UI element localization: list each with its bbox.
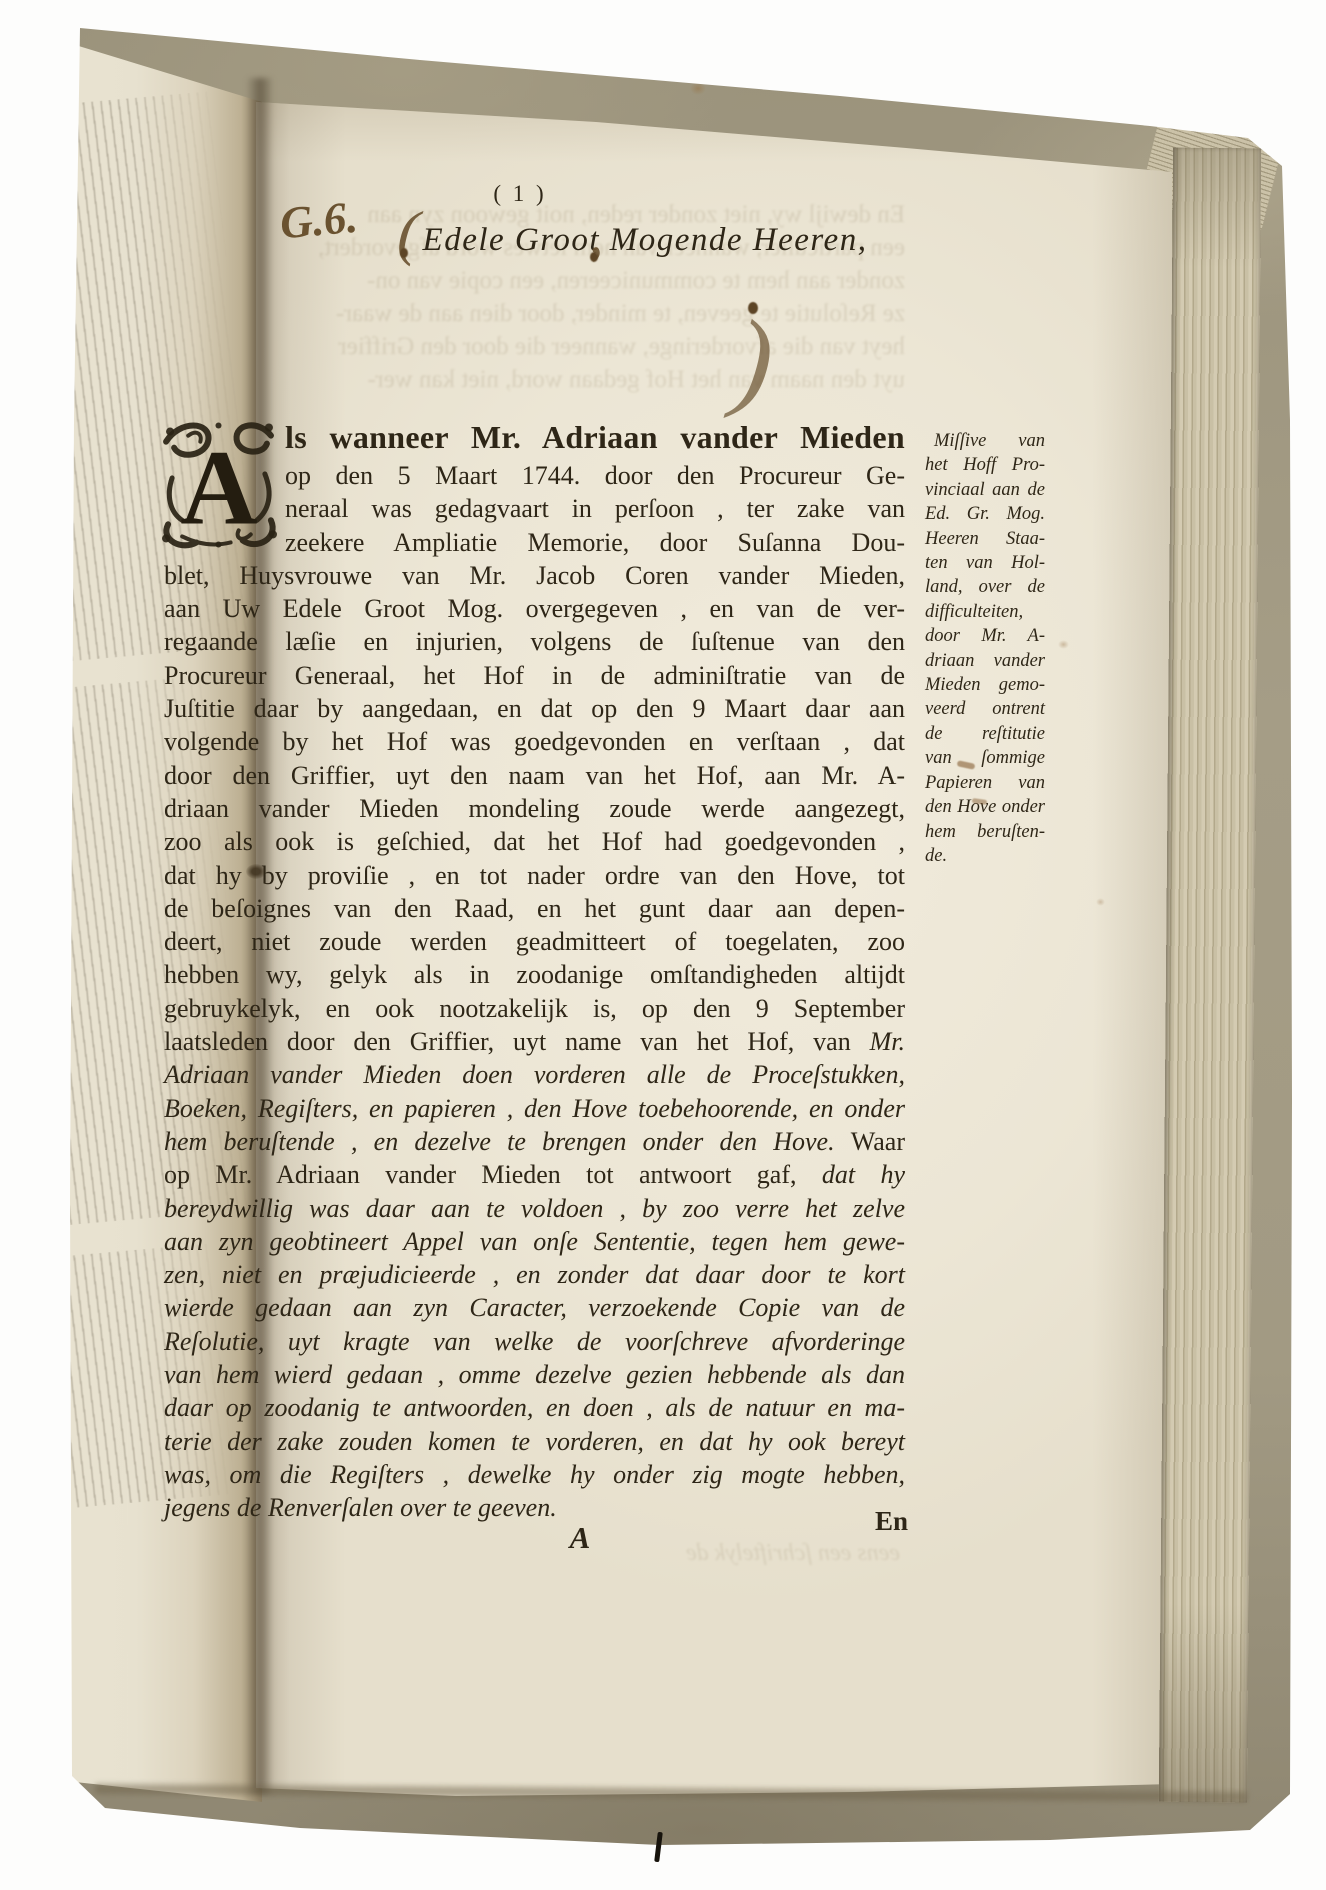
text-line: dat hy by proviſie , en tot nader ordre … bbox=[164, 859, 905, 892]
photograph-of-open-book: En dewijl wy, niet zonder reden, noit ge… bbox=[0, 0, 1326, 1890]
opening-line: ls wanneer Mr. Adriaan vander Mieden bbox=[285, 419, 905, 456]
show-through-fragment: eens een ſchriftelyk de bbox=[430, 1540, 900, 1567]
marginal-note-line: van ſommige bbox=[925, 746, 1045, 770]
text-line: neraal was gedagvaart in perſoon , ter z… bbox=[285, 492, 905, 525]
text-line: Procureur Generaal, het Hof in de admini… bbox=[164, 659, 905, 692]
signature-mark: A bbox=[540, 1520, 620, 1556]
marginal-note-line: Papieren van bbox=[925, 771, 1045, 795]
marginal-note-line: hem beruſten- bbox=[925, 820, 1045, 844]
page-number: ( 1 ) bbox=[455, 181, 585, 207]
text-line: de beſoignes van den Raad, en het gunt d… bbox=[164, 892, 905, 925]
text-line: gebruykelyk, en ook nootzakelijk is, op … bbox=[164, 992, 905, 1025]
ink-smudge bbox=[246, 864, 266, 879]
text-line: door den Griffier, uyt den naam van het … bbox=[164, 759, 905, 792]
marginal-note-line: vinciaal aan de bbox=[925, 478, 1045, 502]
text-line: daar op zoodanig te antwoorden, en doen … bbox=[164, 1391, 905, 1424]
text-line: Reſolutie, uyt kragte van welke de voorſ… bbox=[164, 1325, 905, 1358]
marginal-note-line: de reſtitutie bbox=[925, 722, 1045, 746]
catchword: En bbox=[838, 1506, 908, 1537]
foxing-spot bbox=[690, 82, 706, 95]
text-line: blet, Huysvrouwe van Mr. Jacob Coren van… bbox=[164, 559, 905, 592]
text-line: wierde gedaan aan zyn Caracter, verzoeke… bbox=[164, 1291, 905, 1324]
marginal-note-line: door Mr. A- bbox=[925, 624, 1045, 648]
text-line: hebben wy, gelyk als in zoodanige omſtan… bbox=[164, 958, 905, 991]
marginal-note-line: Miſſive van bbox=[925, 429, 1045, 453]
marginal-note-line: difficulteiten, bbox=[925, 600, 1045, 624]
salutation-heading: Edele Groot Mogende Heeren, bbox=[380, 222, 910, 259]
vellum-binding: En dewijl wy, niet zonder reden, noit ge… bbox=[0, 0, 1326, 1890]
foxing-spot bbox=[1096, 898, 1105, 906]
marginal-note-line: driaan vander bbox=[925, 649, 1045, 673]
marginal-note-line: Mieden gemo- bbox=[925, 673, 1045, 697]
ink-dot bbox=[590, 252, 598, 262]
marginal-note-line: ten van Hol- bbox=[925, 551, 1045, 575]
foxing-spot bbox=[1058, 640, 1069, 649]
marginal-note-line: Ed. Gr. Mog. bbox=[925, 502, 1045, 526]
text-line: aan zyn geobtineert Appel van onſe Sente… bbox=[164, 1225, 905, 1258]
text-line: op den 5 Maart 1744. door den Procureur … bbox=[285, 459, 905, 492]
marginal-note-line: land, over de bbox=[925, 575, 1045, 599]
text-line: Adriaan vander Mieden doen vorderen alle… bbox=[164, 1058, 905, 1091]
text-line: was, om die Regiſters , dewelke hy onder… bbox=[164, 1458, 905, 1491]
text-line: van hem wierd gedaan , omme dezelve gezi… bbox=[164, 1358, 905, 1391]
body-text: op den 5 Maart 1744. door den Procureur … bbox=[164, 459, 905, 1525]
text-line: driaan vander Mieden mondeling zoude wer… bbox=[164, 792, 905, 825]
text-line: laatsleden door den Griffier, uyt name v… bbox=[164, 1025, 905, 1058]
fore-edge-page-stack bbox=[1159, 148, 1261, 1803]
show-through-line: heyt van die afvorderinge, wanneer die d… bbox=[168, 330, 905, 363]
text-line: hem beruſtende , en dezelve te brengen o… bbox=[164, 1125, 905, 1158]
marginal-note-line: de. bbox=[925, 844, 1045, 868]
marginal-note-line: het Hoff Pro- bbox=[925, 453, 1045, 477]
ink-dot bbox=[400, 248, 408, 258]
text-line: zen, niet en præjudicieerde , en zonder … bbox=[164, 1258, 905, 1291]
text-line: Juſtitie daar by aangedaan, en dat op de… bbox=[164, 692, 905, 725]
text-line: aan Uw Edele Groot Mog. overgegeven , en… bbox=[164, 592, 905, 625]
text-line: volgende by het Hof was goedgevonden en … bbox=[164, 725, 905, 758]
marginal-note-line: Heeren Staa- bbox=[925, 527, 1045, 551]
handwritten-shelfmark: G.6. bbox=[278, 191, 360, 250]
show-through-line: ze Reſolutie te geeven, te minder, door … bbox=[168, 297, 905, 330]
text-line: jegens de Renverſalen over te geeven. bbox=[164, 1491, 905, 1524]
text-line: zoo als ook is geſchied, dat het Hof had… bbox=[164, 825, 905, 858]
text-line: bereydwillig was daar aan te voldoen , b… bbox=[164, 1192, 905, 1225]
show-through-line: uyt den naam van het Hof gedaan word, ni… bbox=[168, 363, 905, 396]
text-line: terie der zake zouden komen te vorderen,… bbox=[164, 1425, 905, 1458]
text-line: zeekere Ampliatie Memorie, door Suſanna … bbox=[285, 526, 905, 559]
marginal-note-line: veerd ontrent bbox=[925, 697, 1045, 721]
ink-dot bbox=[748, 302, 758, 314]
show-through-line: zonder aan hem te communiceeren, een cop… bbox=[168, 264, 905, 297]
text-line: deert, niet zoude werden geadmitteert of… bbox=[164, 925, 905, 958]
text-line: regaande læſie en injurien, volgens de ſ… bbox=[164, 625, 905, 658]
text-line: Boeken, Regiſters, en papieren , den Hov… bbox=[164, 1092, 905, 1125]
text-line: op Mr. Adriaan vander Mieden tot antwoor… bbox=[164, 1158, 905, 1191]
